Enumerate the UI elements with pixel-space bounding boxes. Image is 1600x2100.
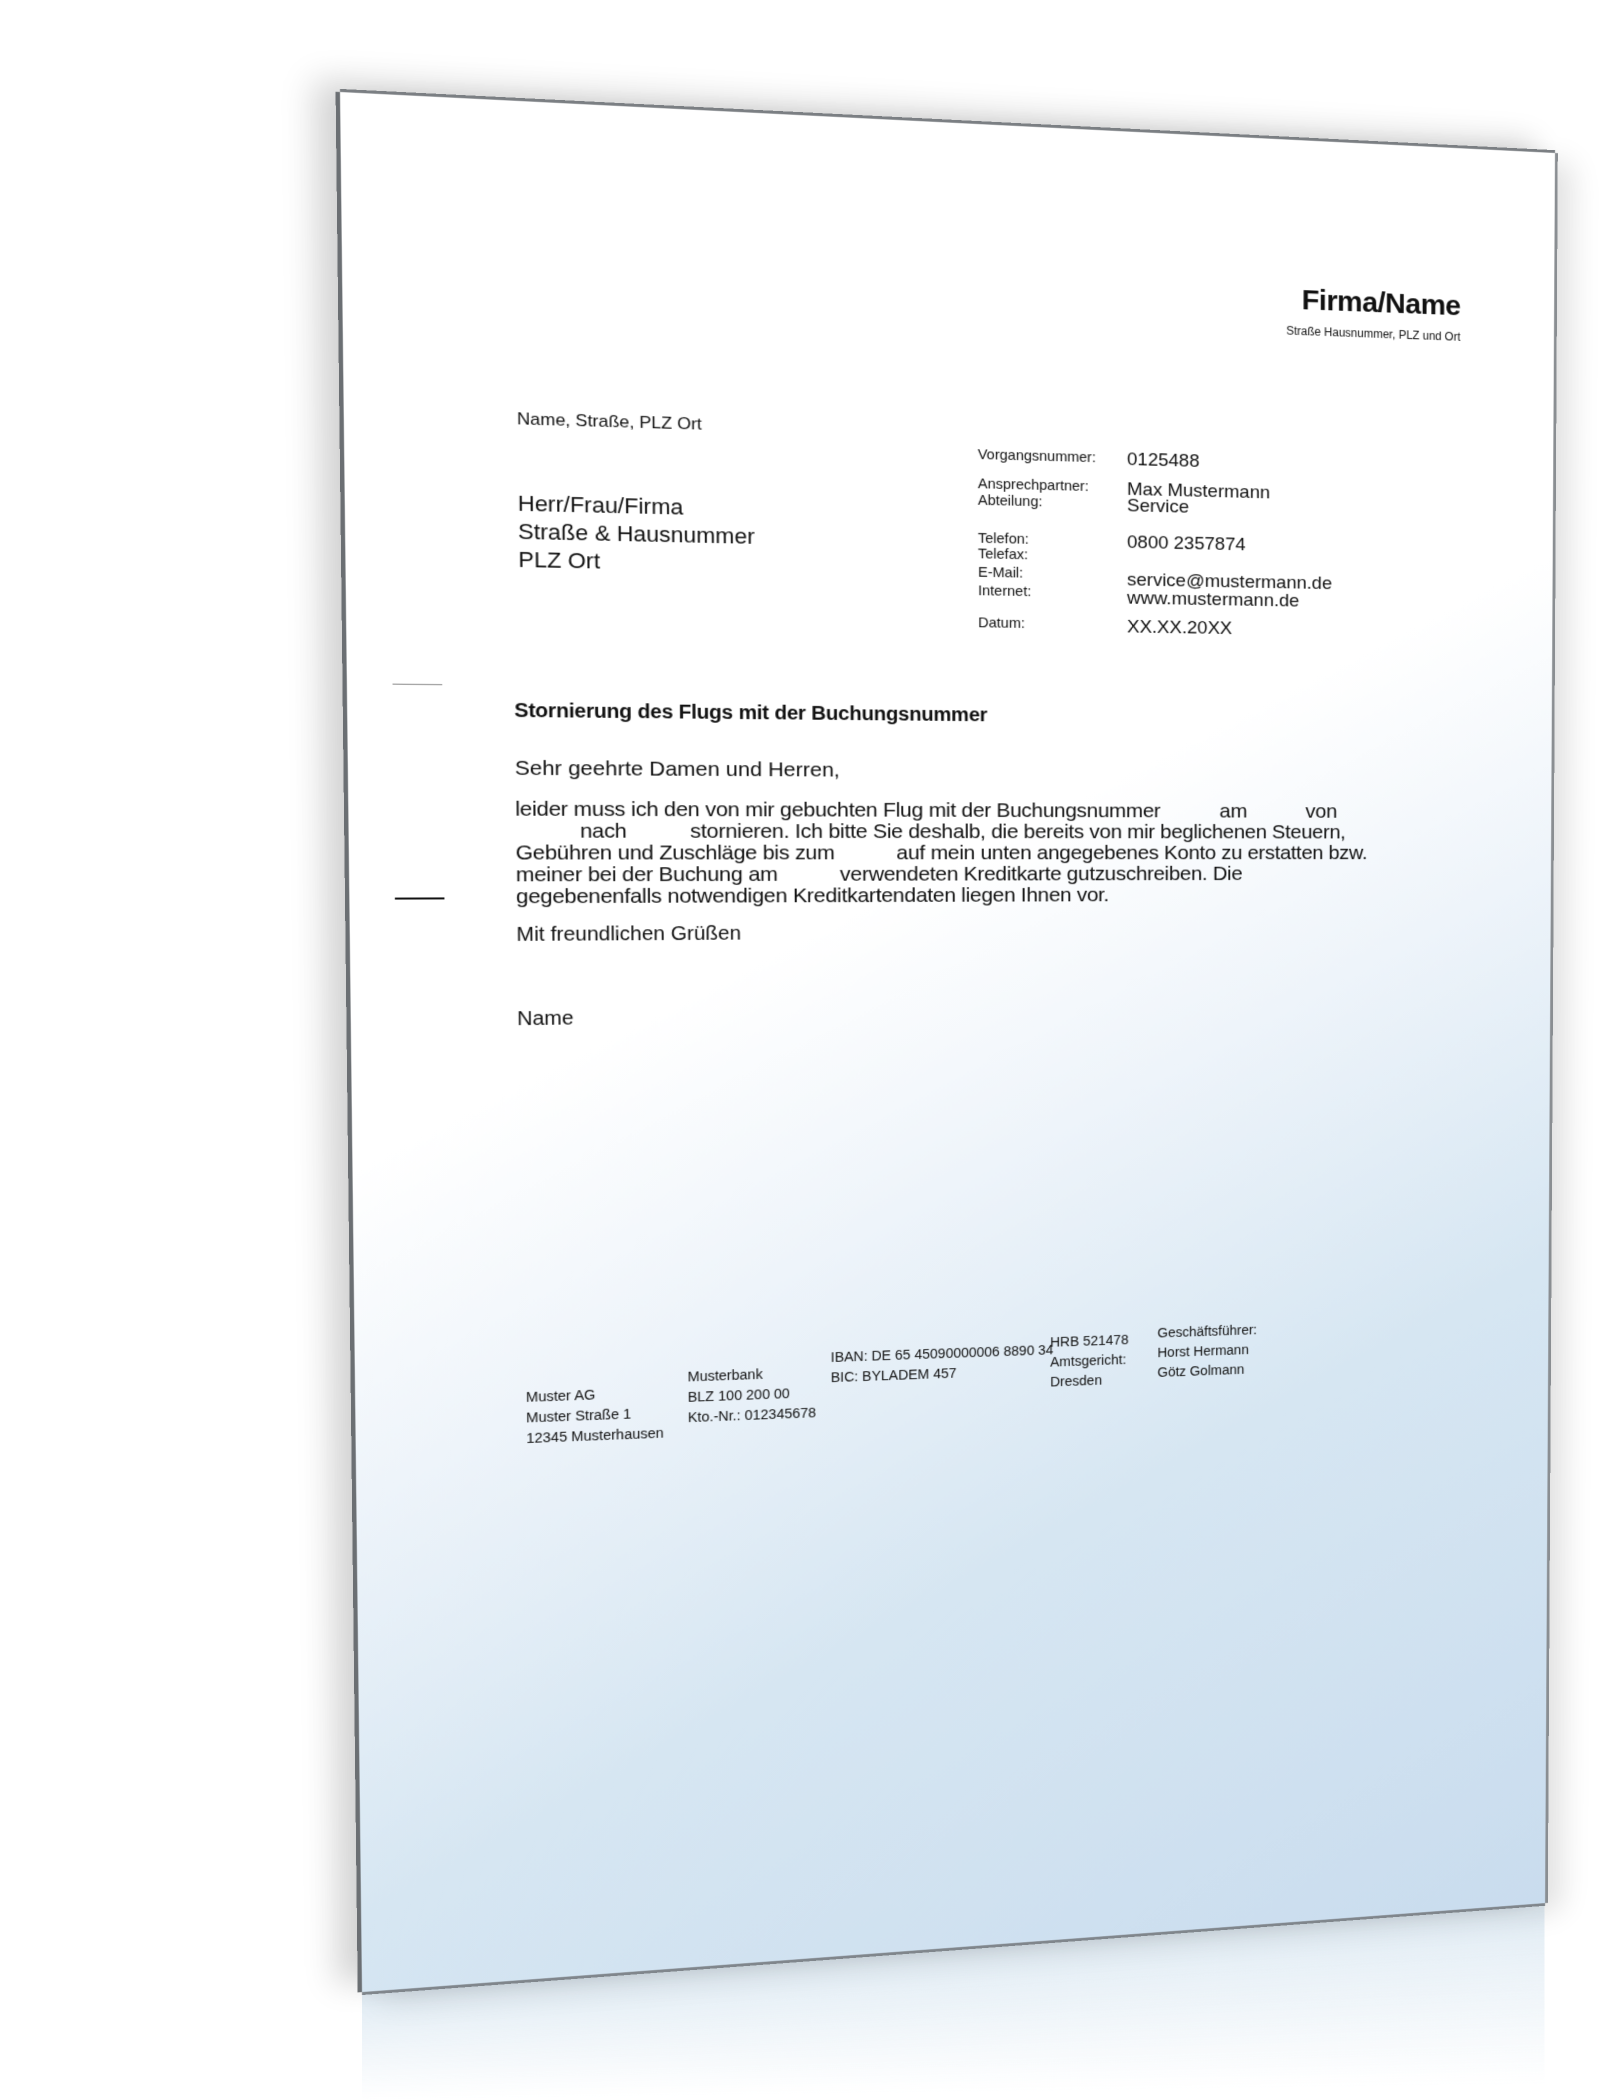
- info-label: Internet:: [978, 584, 1127, 602]
- footer-register: HRB 521478 Amtsgericht: Dresden: [1050, 1330, 1128, 1392]
- footer-line: Kto.-Nr.: 012345678: [688, 1403, 816, 1428]
- letter-salutation: Sehr geehrte Damen und Herren,: [515, 757, 840, 782]
- info-value: 0125488: [1127, 450, 1199, 473]
- letter-body: leider muss ich den von mir gebuchten Fl…: [515, 799, 1463, 908]
- letter-signature: Name: [517, 1008, 574, 1031]
- recipient-line: PLZ Ort: [518, 546, 755, 578]
- footer-line: 12345 Musterhausen: [526, 1423, 664, 1449]
- footer-management: Geschäftsführer: Horst Hermann Götz Golm…: [1157, 1320, 1257, 1382]
- footer-company: Muster AG Muster Straße 1 12345 Musterha…: [526, 1382, 664, 1449]
- body-line: gegebenenfalls notwendigen Kreditkartend…: [516, 884, 1463, 908]
- footer-line: Götz Golmann: [1157, 1359, 1256, 1382]
- footer-line: HRB 521478: [1050, 1330, 1128, 1352]
- info-label: E-Mail:: [978, 565, 1127, 583]
- body-line: nach stornieren. Ich bitte Sie deshalb, …: [515, 821, 1463, 844]
- punch-mark: [395, 897, 445, 899]
- sender-return-address: Name, Straße, PLZ Ort: [517, 409, 702, 434]
- footer-line: Amtsgericht:: [1050, 1350, 1128, 1373]
- footer-line: Dresden: [1050, 1370, 1128, 1393]
- info-label: Abteilung:: [978, 493, 1127, 512]
- document-preview: Firma/Name Straße Hausnummer, PLZ und Or…: [0, 0, 1600, 2100]
- company-address: Straße Hausnummer, PLZ und Ort: [1286, 324, 1460, 344]
- recipient-address: Herr/Frau/Firma Straße & Hausnummer PLZ …: [518, 490, 755, 579]
- footer-iban: IBAN: DE 65 45090000006 8890 34 BIC: BYL…: [831, 1340, 1054, 1388]
- info-value: www.mustermann.de: [1127, 588, 1299, 612]
- info-label: Telefax:: [978, 547, 1127, 566]
- info-value: XX.XX.20XX: [1127, 617, 1232, 640]
- body-line: Gebühren und Zuschläge bis zum auf mein …: [516, 843, 1463, 865]
- footer-bank: Musterbank BLZ 100 200 00 Kto.-Nr.: 0123…: [687, 1362, 816, 1427]
- info-label: Datum:: [978, 616, 1127, 634]
- fold-mark: [393, 684, 443, 686]
- letter-closing: Mit freundlichen Grüßen: [516, 923, 741, 947]
- info-value: 0800 2357874: [1127, 532, 1246, 556]
- body-line: meiner bei der Buchung am verwendeten Kr…: [516, 864, 1463, 887]
- company-name: Firma/Name: [1302, 284, 1461, 323]
- info-value: Service: [1127, 496, 1189, 519]
- letter-subject: Stornierung des Flugs mit der Buchungsnu…: [514, 700, 987, 727]
- info-label: Vorgangsnummer:: [978, 447, 1127, 467]
- letter-page: Firma/Name Straße Hausnummer, PLZ und Or…: [340, 92, 1555, 1992]
